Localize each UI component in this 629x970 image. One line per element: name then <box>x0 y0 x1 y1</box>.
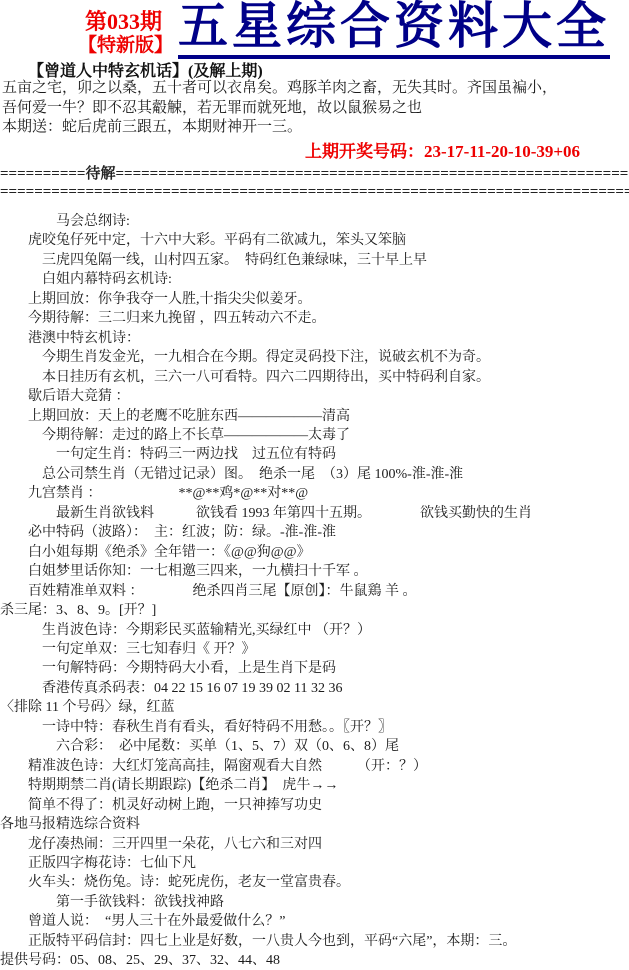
divider-line: ========================================… <box>0 183 629 201</box>
body-line: 九宫禁肖 ： **@**鸡*@**对**@ <box>0 484 629 503</box>
body-line: 第一手欲钱料：欲钱找神路 <box>0 893 629 912</box>
body-line: 马会总纲诗: <box>0 212 629 231</box>
body-line: 正版特平码信封：四七上业是好数，一八贵人今也到，平码“六尾”，本期：三。 <box>0 932 629 951</box>
body-line: 港澳中特玄机诗： <box>0 329 629 348</box>
body-line: 歇后语大竞猜 ： <box>0 387 629 406</box>
body-line: 白姐内幕特码玄机诗: <box>0 270 629 289</box>
body-line: 白小姐每期《绝杀》全年错一：《@@狗@@》 <box>0 543 629 562</box>
body-line: 各地马报精选综合资料 <box>0 815 629 834</box>
body-line: 虎咬兔仔死中定，十六中大彩。平码有二欲减九，笨头又笨脑 <box>0 231 629 250</box>
intro-line: 五亩之宅，卯之以桑，五十者可以衣帛矣。鸡豚羊肉之畜，无失其时。齐国虽褊小， <box>2 79 629 99</box>
body-line: 一诗中特：春秋生肖有看头，看好特码不用愁。。〖开？〗 <box>0 718 629 737</box>
body-line: 最新生肖欲钱料 欲钱看 1993 年第四十五期。 欲钱买勤快的生肖 <box>0 504 629 523</box>
page-subtitle: 【曾道人中特玄机话】(及解上期) <box>28 58 263 81</box>
edition-badge: 【特新版】 <box>78 30 173 57</box>
body-line: 三虎四兔隔一线，山村四五家。 特码红色兼绿味，三十早上早 <box>0 251 629 270</box>
body-line: 六合彩： 必中尾数：买单（1、5、7）双（0、6、8）尾 <box>0 737 629 756</box>
divider-line-pending: ==========待解============================… <box>0 165 629 183</box>
body-line: 〈排除 11 个号码〉绿，红蓝 <box>0 698 629 717</box>
body-line: 曾道人说： “男人三十在外最爱做什么？” <box>0 912 629 931</box>
body-line: 上期回放：天上的老鹰不吃脏东西——————清高 <box>0 407 629 426</box>
page-title: 五星综合资料大全 <box>178 0 610 59</box>
body-line: 龙仔凑热闹：三开四里一朵花，八七六和三对四 <box>0 835 629 854</box>
body-line: 上期回放：你争我夺一人胜,十指尖尖似姜牙。 <box>0 290 629 309</box>
body-line: 一句定单双：三七知春归《 开？》 <box>0 640 629 659</box>
body-text: 马会总纲诗: 虎咬兔仔死中定，十六中大彩。平码有二欲减九，笨头又笨脑 三虎四兔隔… <box>0 212 629 970</box>
body-line: 精准波色诗：大红灯笼高高挂，隔窗观看大自然 （开：？） <box>0 757 629 776</box>
intro-paragraph: 五亩之宅，卯之以桑，五十者可以衣帛矣。鸡豚羊肉之畜，无失其时。齐国虽褊小，吾何爱… <box>2 79 629 138</box>
body-line: 一句定生肖：特码三一两边找 过五位有特码 <box>0 445 629 464</box>
body-line: 香港传真杀码表：04 22 15 16 07 19 39 02 11 32 36 <box>0 679 629 698</box>
body-line: 特期期禁二肖(请长期跟踪)【绝杀二肖】 虎牛→→ <box>0 776 629 795</box>
body-line: 本日挂历有玄机，三六一八可看特。四六二四期待出，买中特码利自家。 <box>0 368 629 387</box>
last-draw-numbers: 上期开奖号码：23-17-11-20-10-39+06 <box>305 137 580 162</box>
divider-section: ==========待解============================… <box>0 165 629 201</box>
body-line: 必中特码（波路）： 主：红波；防：绿。-淮-淮-淮 <box>0 523 629 542</box>
body-line: 杀三尾：3、8、9。[开？] <box>0 601 629 620</box>
body-line: 今期待解：三二归来九挽留 ，四五转动六不走。 <box>0 309 629 328</box>
body-line: 今期生肖发金光，一九相合在今期。得定灵码投下注，说破玄机不为奇。 <box>0 348 629 367</box>
header: 第033期 【特新版】 五星综合资料大全 【曾道人中特玄机话】(及解上期) 五亩… <box>0 0 629 160</box>
lottery-sheet-page: { "colors": { "accent_red": "#ee0000", "… <box>0 0 629 970</box>
body-line: 火车头：烧伤兔。诗：蛇死虎伤，老友一堂富贵春。 <box>0 873 629 892</box>
body-line: 白姐梦里话你知：一七相邀三四来，一九横扫十千军 。 <box>0 562 629 581</box>
body-line: 生肖波色诗：今期彩民买蓝输精光,买绿红中 （开？） <box>0 621 629 640</box>
intro-line: 吾何爱一牛？即不忍其觳觫，若无罪而就死地，故以鼠猴易之也 <box>2 99 629 119</box>
body-line: 简单不得了：机灵好动树上跑，一只神捧写功史 <box>0 796 629 815</box>
body-line: 百姓精准单双料 ： 绝杀四肖三尾【原创】：牛鼠鶏 羊 。 <box>0 582 629 601</box>
body-line: 总公司禁生肖（无错过记录）图。 绝杀一尾 （3）尾 100%-淮-淮-淮 <box>0 465 629 484</box>
body-line: 提供号码：05、08、25、29、37、32、44、48 <box>0 951 629 970</box>
intro-line: 本期送：蛇后虎前三跟五，本期财神开一三。 <box>2 118 629 138</box>
body-line: 正版四字梅花诗：七仙下凡 <box>0 854 629 873</box>
body-line: 一句解特码：今期特码大小看，上是生肖下是码 <box>0 659 629 678</box>
body-line: 今期待解：走过的路上不长草——————太毒了 <box>0 426 629 445</box>
